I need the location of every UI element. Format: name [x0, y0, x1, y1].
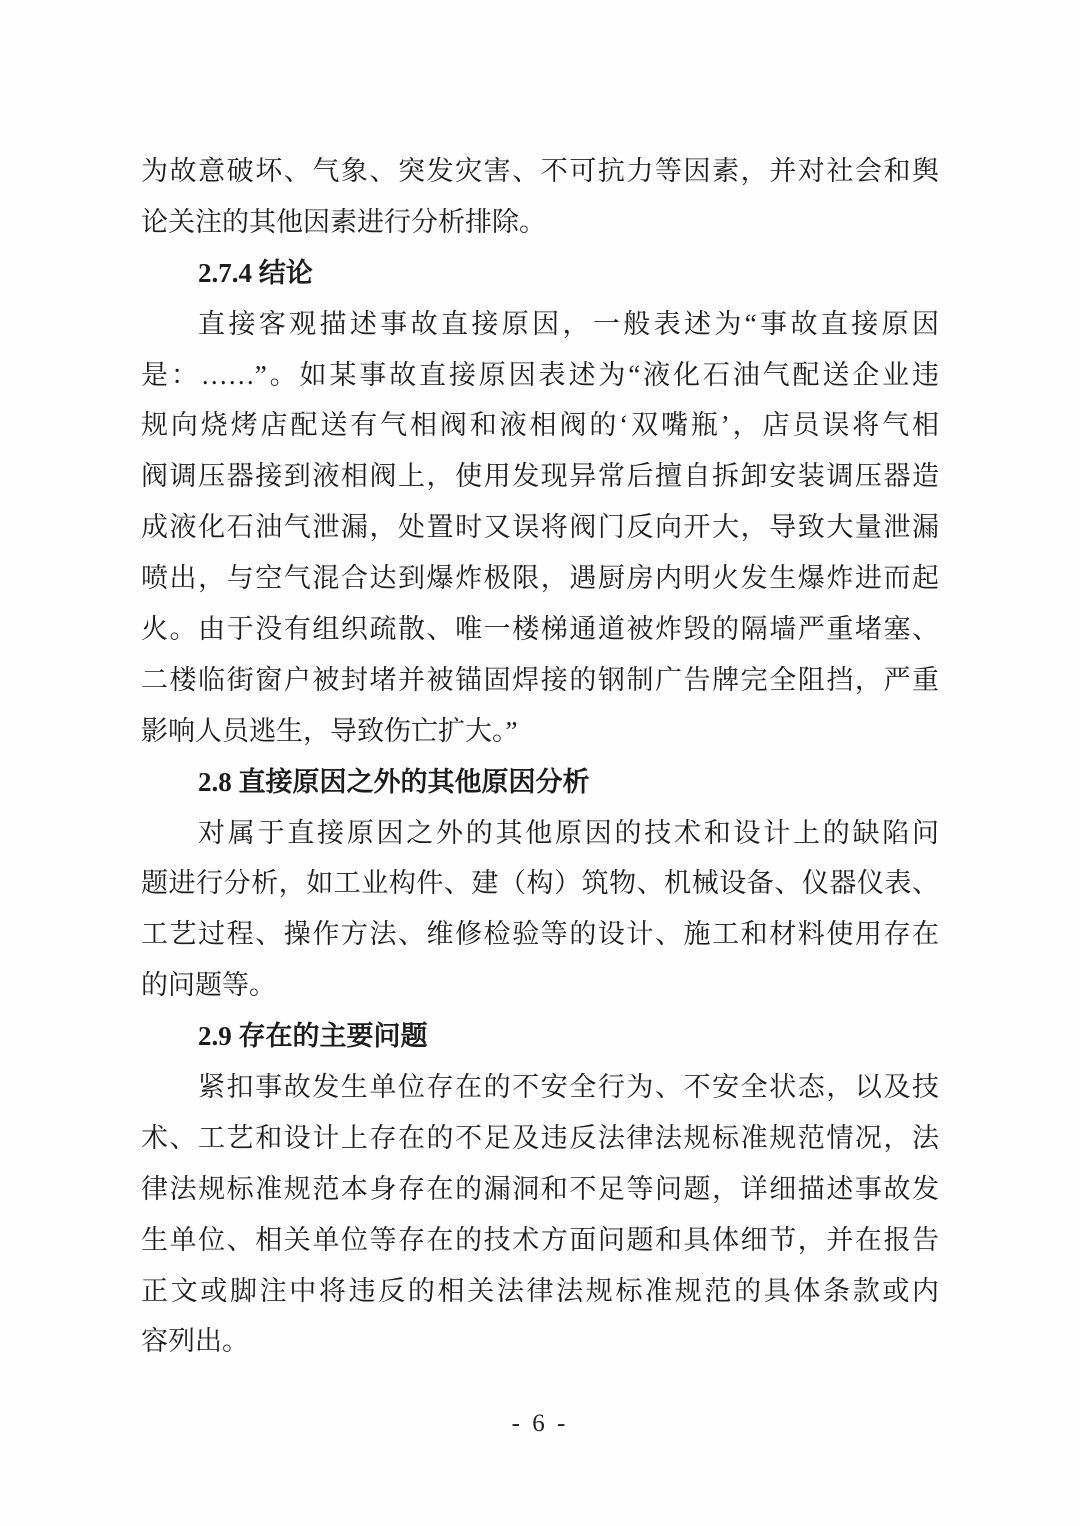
text-line: 是：……”。如某事故直接原因表述为“液化石油气配送企业违 [141, 350, 939, 401]
text-line: 影响人员逃生，导致伤亡扩大。” [141, 706, 939, 757]
text-line: 的问题等。 [141, 960, 939, 1011]
text-line: 容列出。 [141, 1316, 939, 1367]
text-line: 术、工艺和设计上存在的不足及违反法律法规标准规范情况，法 [141, 1113, 939, 1164]
text-line: 律法规标准规范本身存在的漏洞和不足等问题，详细描述事故发 [141, 1164, 939, 1215]
text-line: 阀调压器接到液相阀上，使用发现异常后擅自拆卸安装调压器造 [141, 451, 939, 502]
text-line: 论关注的其他因素进行分析排除。 [141, 197, 939, 248]
text-line: 成液化石油气泄漏，处置时又误将阀门反向开大，导致大量泄漏 [141, 502, 939, 553]
text-line: 紧扣事故发生单位存在的不安全行为、不安全状态，以及技 [141, 1062, 939, 1113]
text-line: 喷出，与空气混合达到爆炸极限，遇厨房内明火发生爆炸进而起 [141, 553, 939, 604]
section-heading: 2.8 直接原因之外的其他原因分析 [141, 757, 939, 808]
document-body: 为故意破坏、气象、突发灾害、不可抗力等因素，并对社会和舆论关注的其他因素进行分析… [141, 146, 939, 1367]
section-heading: 2.7.4 结论 [141, 248, 939, 299]
text-line: 火。由于没有组织疏散、唯一楼梯通道被炸毁的隔墙严重堵塞、 [141, 604, 939, 655]
text-line: 生单位、相关单位等存在的技术方面问题和具体细节，并在报告 [141, 1215, 939, 1266]
text-line: 工艺过程、操作方法、维修检验等的设计、施工和材料使用存在 [141, 909, 939, 960]
text-line: 规向烧烤店配送有气相阀和液相阀的‘双嘴瓶’，店员误将气相 [141, 400, 939, 451]
page-footer: - 6 - [0, 1410, 1080, 1438]
text-line: 题进行分析，如工业构件、建（构）筑物、机械设备、仪器仪表、 [141, 858, 939, 909]
text-line: 直接客观描述事故直接原因，一般表述为“事故直接原因 [141, 299, 939, 350]
document-page: 为故意破坏、气象、突发灾害、不可抗力等因素，并对社会和舆论关注的其他因素进行分析… [0, 0, 1080, 1526]
text-line: 正文或脚注中将违反的相关法律法规标准规范的具体条款或内 [141, 1266, 939, 1317]
section-heading: 2.9 存在的主要问题 [141, 1011, 939, 1062]
text-line: 二楼临街窗户被封堵并被锚固焊接的钢制广告牌完全阻挡，严重 [141, 655, 939, 706]
text-line: 为故意破坏、气象、突发灾害、不可抗力等因素，并对社会和舆 [141, 146, 939, 197]
page-number: - 6 - [512, 1410, 569, 1437]
text-line: 对属于直接原因之外的其他原因的技术和设计上的缺陷问 [141, 808, 939, 859]
